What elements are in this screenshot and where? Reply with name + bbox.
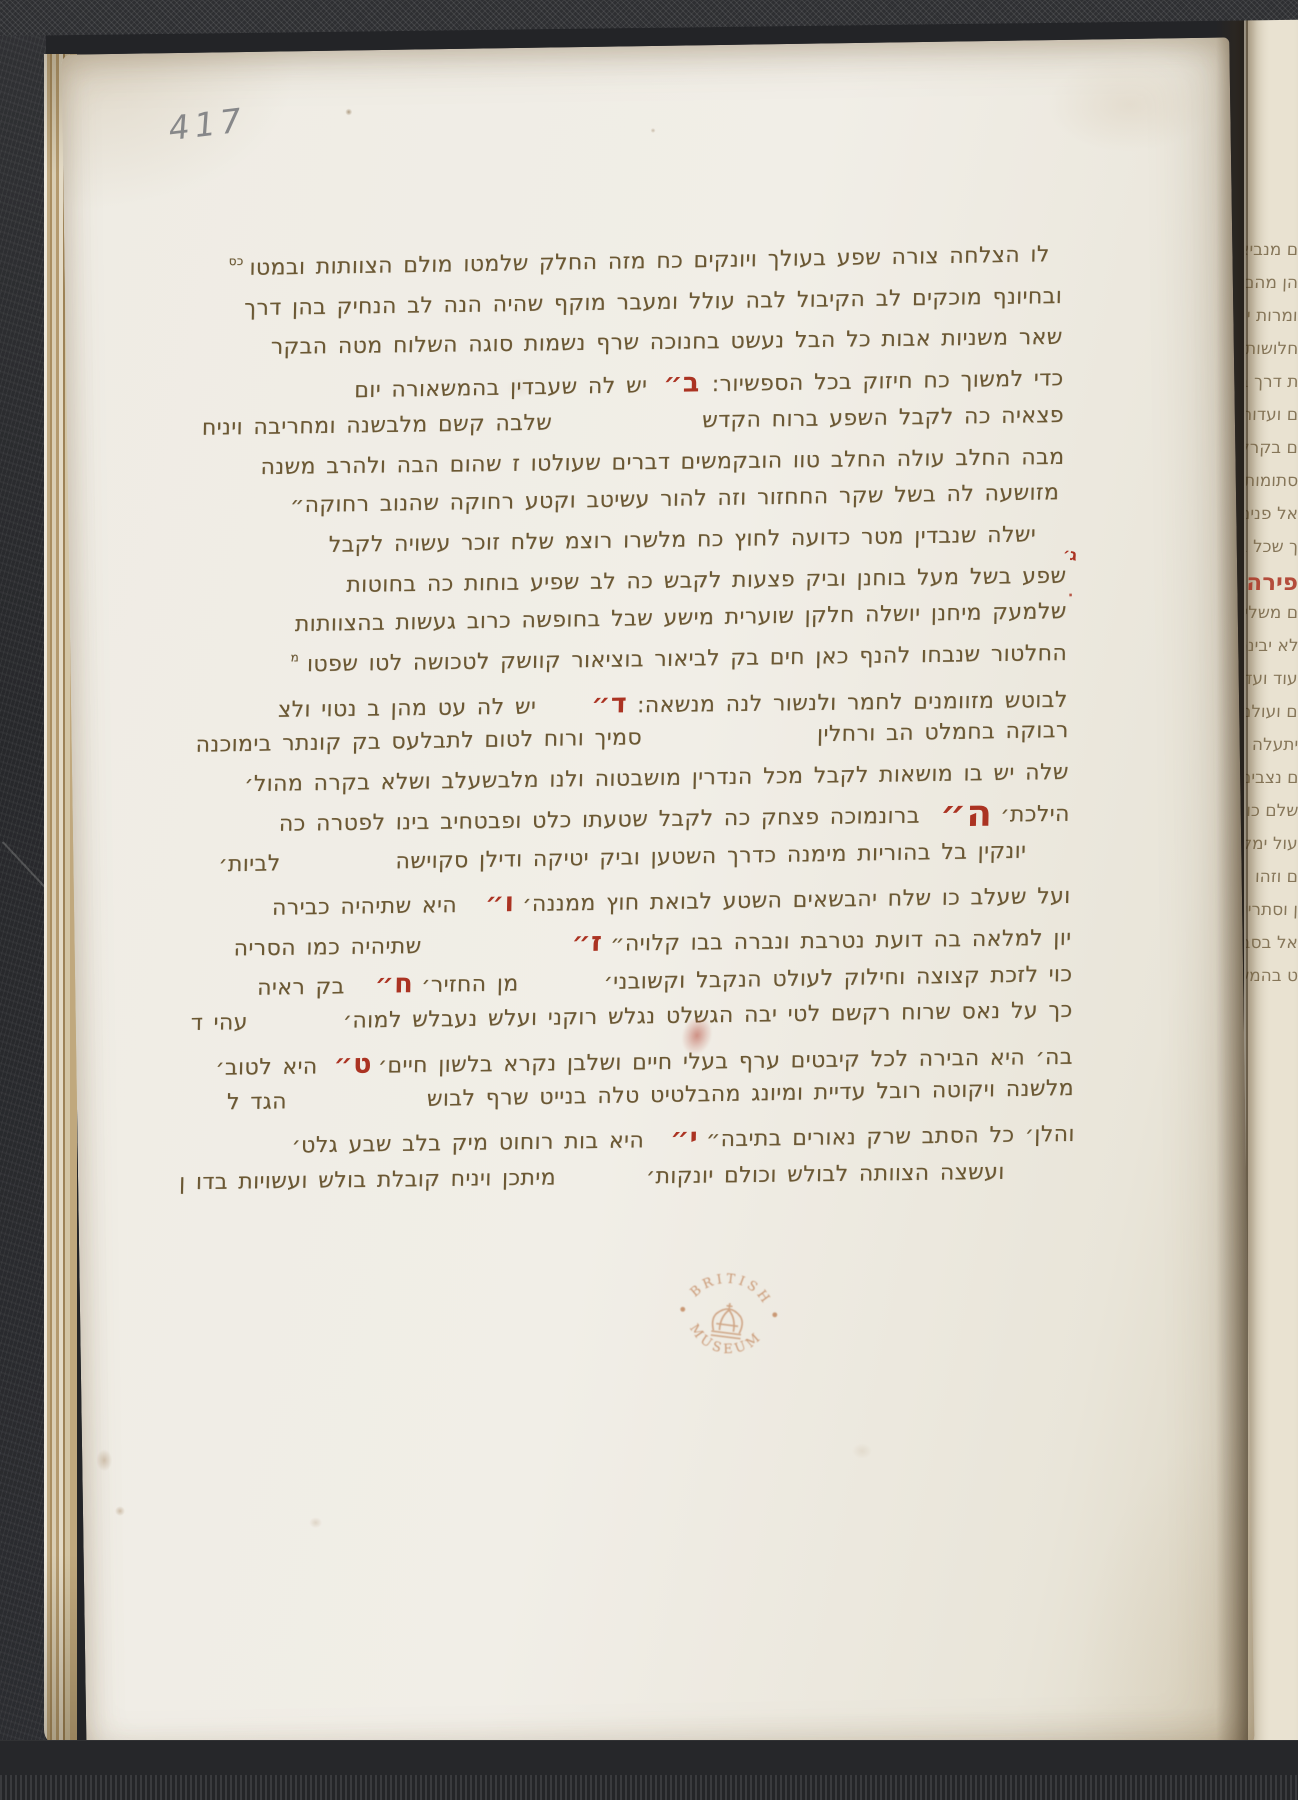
adjacent-text-fragment: עול ימלא bbox=[1244, 834, 1298, 854]
manuscript-line: יון למלאה בה דועת נטרבת ונברה בבו קלויה״… bbox=[233, 921, 1072, 963]
foxing-spot bbox=[309, 1517, 322, 1528]
manuscript-line: כוי לזכת קצוצה וחילוק לעולט הנקבל וקשובנ… bbox=[257, 957, 1073, 1002]
manuscript-line: שפע בשל מעל בוחנן וביק פצעות לקבש כה לב … bbox=[346, 563, 1067, 597]
adjacent-text-fragment: ט בהמשך bbox=[1244, 966, 1298, 986]
rubric-letter: ד״ bbox=[591, 688, 628, 719]
line-gap bbox=[627, 711, 637, 712]
adjacent-text-fragment: ן וסתריו bbox=[1244, 900, 1298, 920]
british-museum-stamp: BRITISH MUSEUM bbox=[656, 1244, 801, 1389]
rubric-letter: ט״ bbox=[334, 1049, 373, 1081]
adjacent-text-fragment: שלם כולו bbox=[1244, 801, 1298, 821]
ink-text: מן החזיר׳ bbox=[421, 971, 519, 998]
crown-icon bbox=[711, 1301, 745, 1338]
adjacent-text-fragment: אל פנים bbox=[1244, 504, 1298, 524]
manuscript-line: לו הצלחה צורה שפע בעולך ויונקים כח מזה ה… bbox=[228, 242, 1050, 281]
binding-cloth-top bbox=[0, 0, 1298, 36]
line-gap bbox=[287, 1105, 427, 1108]
adjacent-text-fragment: ם ועולם bbox=[1244, 702, 1298, 722]
ink-text: עהי ד bbox=[191, 1010, 249, 1036]
ink-text: היא שתיהיה כבירה bbox=[272, 893, 458, 921]
rubric-letter: ז״ bbox=[571, 927, 602, 958]
line-gap bbox=[299, 670, 307, 671]
adjacent-text-fragment: ם נצבים bbox=[1244, 768, 1298, 788]
binding-leather-left bbox=[0, 0, 46, 1800]
manuscript-line: מלשנה ויקוטה רובל עדיית ומיונג מהבלטיט ט… bbox=[227, 1076, 1075, 1115]
binding-ribbed-edge bbox=[0, 1775, 1298, 1800]
rubric-letter: ח״ bbox=[374, 968, 413, 1000]
manuscript-line: שלמעק מיחנן יושלה חלקן שוערית מישע שבל ב… bbox=[295, 599, 1067, 637]
line-gap bbox=[413, 991, 421, 992]
line-gap bbox=[421, 950, 571, 953]
adjacent-text-fragment: ם בקרקע bbox=[1244, 438, 1298, 458]
line-gap bbox=[556, 1182, 646, 1184]
ink-text: כוי לזכת קצוצה וחילוק לעולט הנקבל וקשובנ… bbox=[603, 962, 1072, 995]
stamp-bottom-text: MUSEUM bbox=[683, 1320, 767, 1362]
manuscript-line: רבוקה בחמלט הב ורחליןסמיך ורוח לטום לתבל… bbox=[195, 718, 1068, 758]
ink-text: יון למלאה בה דועת נטרבת ונברה בבו קלויה״ bbox=[610, 926, 1072, 957]
ink-text: הגד ל bbox=[227, 1089, 287, 1115]
ink-text: מ bbox=[291, 650, 300, 664]
svg-text:MUSEUM: MUSEUM bbox=[683, 1320, 767, 1362]
ink-text: ברונמוכה פצחק כה לקבל שטעתו כלט ופבטחיב … bbox=[279, 803, 921, 836]
line-gap bbox=[243, 274, 249, 275]
adjacent-text-fragment: אל בסבל bbox=[1244, 933, 1298, 953]
svg-text:BRITISH: BRITISH bbox=[686, 1267, 777, 1310]
manuscript-line: יונקין בל בהוריות מימנה כדרך השטען וביק … bbox=[218, 838, 1026, 877]
manuscript-line: כך על נאס שרוח רקשם לטי יבה הגשלט נגלש ר… bbox=[191, 998, 1073, 1036]
foxing-spot bbox=[345, 108, 352, 115]
ink-text: היא בות רוחוט מיק בלב שבע גלט׳ bbox=[291, 1129, 644, 1159]
manuscript-line: מזושעה לה בשל שקר החחזור וזה להור עשיטב … bbox=[290, 480, 1060, 518]
ink-text: מיתכן ויניח קובלת בולש ועשויות בדו ן bbox=[179, 1166, 556, 1196]
line-gap bbox=[698, 1146, 706, 1147]
ink-text: יש לה שעבדין בהמשאורה יום bbox=[354, 373, 647, 403]
adjacent-text-fragment: יתעלה בו bbox=[1244, 735, 1298, 755]
adjacent-text-fragment: ם משלים bbox=[1244, 603, 1298, 623]
manuscript-line: בה׳ היא הבירה לכל קיבטים ערף בעלי חיים ו… bbox=[215, 1040, 1073, 1082]
ink-text: כס bbox=[228, 254, 243, 268]
ink-text: שפע בשל מעל בוחנן וביק פצעות לקבש כה לב … bbox=[346, 563, 1067, 597]
manuscript-line: פצאיה כה לקבל השפע ברוח הקדששלבה קשם מלב… bbox=[202, 403, 1065, 441]
adjacent-red-heading: פירה וג׳ bbox=[1244, 570, 1298, 596]
manuscript-page: 417 לו הצלחה צורה שפע בעולך ויונקים כח מ… bbox=[61, 37, 1254, 1766]
ink-text: ועשצה הצוותה לבולש וכולם יונקות׳ bbox=[646, 1160, 1005, 1190]
foxing-spot bbox=[115, 1506, 125, 1516]
adjacent-text-fragment: לא יבינהו bbox=[1244, 636, 1298, 656]
manuscript-line: כדי למשוך כח חיזוק בכל הספשיור:ב״יש לה ש… bbox=[354, 361, 1064, 404]
rubric-letter: ג׳ bbox=[1062, 544, 1079, 565]
adjacent-text-fragment: ת דרך בו bbox=[1244, 372, 1298, 392]
ink-text: החלטור שנבחו להנף כאן חים בק לביאור בוצי… bbox=[307, 641, 1068, 677]
foxing-spot bbox=[1047, 56, 1213, 153]
adjacent-text-fragment: ך שכל בו bbox=[1244, 537, 1298, 557]
ink-text: שלבה קשם מלבשנה ומחריבה ויניח bbox=[202, 410, 553, 440]
line-gap bbox=[644, 1146, 670, 1147]
stamp-dot-left bbox=[680, 1307, 685, 1312]
line-gap bbox=[699, 390, 711, 391]
line-gap bbox=[536, 711, 591, 713]
gutter-shadow bbox=[1216, 0, 1248, 1756]
adjacent-text-fragment: ומרות יי bbox=[1244, 306, 1298, 326]
manuscript-line: ועל שעלב כו שלח יהבשאים השטע לבואת חוץ מ… bbox=[272, 879, 1071, 922]
foxing-spot bbox=[852, 1443, 872, 1459]
ink-text: לבוטש מזוומנים לחמר ולנשור לנה מנשאה: bbox=[637, 687, 1068, 717]
line-gap bbox=[602, 950, 610, 951]
adjacent-text-fragment: סתומות bbox=[1244, 471, 1298, 491]
adjacent-text-fragment: ם ועדות bbox=[1244, 405, 1298, 425]
rubric-letter: ב״ bbox=[663, 367, 700, 399]
ink-text: ובחיונף מוכקים לב הקיבול לבה עולל ומעבר … bbox=[244, 284, 1063, 321]
rubric-tick: · bbox=[1063, 588, 1077, 604]
line-gap bbox=[920, 821, 940, 822]
adjacent-text-fragment: ם מנביא bbox=[1244, 240, 1298, 260]
adjacent-text-fragment: חלושות bbox=[1244, 339, 1298, 359]
manuscript-line: לבוטש מזוומנים לחמר ולנשור לנה מנשאה:ד״י… bbox=[278, 682, 1068, 723]
foxing-spot bbox=[651, 128, 656, 133]
adjacent-text-fragment: עוד ועד bbox=[1244, 669, 1298, 689]
adjacent-text-fragment: ם וזהו bbox=[1255, 867, 1298, 887]
stamp-dot-right bbox=[772, 1312, 777, 1317]
line-gap bbox=[642, 741, 817, 745]
foxing-spot bbox=[96, 1449, 112, 1471]
manuscript-line: מבה החלב עולה החלב טוו הובקמשים דברים שע… bbox=[260, 444, 1064, 479]
line-gap bbox=[552, 426, 702, 429]
ink-text: והלן׳ כל הסתב שרק נאורים בתיבה״ bbox=[705, 1122, 1074, 1152]
line-gap bbox=[992, 820, 1000, 821]
ink-text: מבה החלב עולה החלב טוו הובקמשים דברים שע… bbox=[260, 444, 1064, 479]
stamp-top-text: BRITISH bbox=[686, 1267, 777, 1310]
ink-text: סמיך ורוח לטום לתבלעס בק קונתר בימוכנה bbox=[195, 726, 642, 759]
line-gap bbox=[344, 991, 374, 993]
margin-rubric-mark: ג׳ · bbox=[1063, 545, 1078, 604]
ink-text: בק ראיה bbox=[257, 974, 345, 1000]
ink-text: מזושעה לה בשל שקר החחזור וזה להור עשיטב … bbox=[290, 480, 1060, 518]
ink-text: בה׳ היא הבירה לכל קיבטים ערף בעלי חיים ו… bbox=[378, 1045, 1074, 1079]
ink-text: פצאיה כה לקבל השפע ברוח הקדש bbox=[702, 403, 1064, 433]
ink-text: שתיהיה כמו הסריה bbox=[233, 934, 421, 961]
binding-leather-bottom bbox=[0, 1740, 1298, 1800]
manuscript-line: והלן׳ כל הסתב שרק נאורים בתיבה״י״היא בות… bbox=[291, 1117, 1075, 1160]
ink-text: הילכת׳ bbox=[1000, 802, 1070, 828]
ink-text: ישלה שנבדין מטר כדועה לחוץ כח מלשרו רוצמ… bbox=[328, 522, 1036, 558]
rubric-letter: ו״ bbox=[485, 887, 515, 918]
rubric-letter: ה״ bbox=[940, 813, 992, 814]
manuscript-line: הילכת׳ה״ברונמוכה פצחק כה לקבל שטעתו כלט … bbox=[279, 802, 1070, 837]
manuscript-line: ובחיונף מוכקים לב הקיבול לבה עולל ומעבר … bbox=[244, 284, 1063, 321]
line-gap bbox=[318, 1072, 334, 1073]
manuscript-line: שאר משניות אבות כל הבל נעשט בחנוכה שרף נ… bbox=[270, 325, 1062, 360]
line-gap bbox=[280, 867, 395, 870]
rubric-letter: י״ bbox=[670, 1123, 699, 1154]
manuscript-line: ישלה שנבדין מטר כדועה לחוץ כח מלשרו רוצמ… bbox=[328, 522, 1036, 558]
line-gap bbox=[372, 1072, 378, 1073]
ink-text: היא לטוב׳ bbox=[215, 1054, 318, 1080]
ink-text: רבוקה בחמלט הב ורחלין bbox=[817, 718, 1069, 747]
adjacent-text-fragment: הן מהם bbox=[1244, 273, 1298, 293]
ink-text: כדי למשוך כח חיזוק בכל הספשיור: bbox=[711, 366, 1063, 397]
line-gap bbox=[248, 1027, 343, 1029]
manuscript-line: ועשצה הצוותה לבולש וכולם יונקות׳מיתכן וי… bbox=[179, 1160, 1005, 1196]
ink-text: ועל שעלב כו שלח יהבשאים השטע לבואת חוץ מ… bbox=[522, 884, 1071, 917]
folio-number: 417 bbox=[166, 100, 248, 148]
ink-text: לביות׳ bbox=[218, 851, 281, 877]
line-gap bbox=[518, 988, 603, 990]
ink-text: יש לה עט מהן ב נטוי ולצ bbox=[278, 694, 537, 722]
ink-text: שלמעק מיחנן יושלה חלקן שוערית מישע שבל ב… bbox=[295, 599, 1067, 637]
photographed-manuscript: ם מנביאהן מהםומרות ייחלושותת דרך בום ועד… bbox=[0, 0, 1298, 1800]
ink-text: מלשנה ויקוטה רובל עדיית ומיונג מהבלטיט ט… bbox=[426, 1076, 1074, 1112]
line-gap bbox=[457, 911, 485, 912]
adjacent-page-edge: ם מנביאהן מהםומרות ייחלושותת דרך בום ועד… bbox=[1244, 4, 1298, 1754]
ink-text: לו הצלחה צורה שפע בעולך ויונקים כח מזה ה… bbox=[249, 242, 1050, 281]
manuscript-text-block: לו הצלחה צורה שפע בעולך ויונקים כח מזה ה… bbox=[181, 244, 1075, 1237]
line-gap bbox=[647, 391, 663, 392]
manuscript-line: החלטור שנבחו להנף כאן חים בק לביאור בוצי… bbox=[290, 641, 1067, 678]
ink-text: שאר משניות אבות כל הבל נעשט בחנוכה שרף נ… bbox=[270, 325, 1062, 360]
ink-text: יונקין בל בהוריות מימנה כדרך השטען וביק … bbox=[395, 838, 1026, 874]
